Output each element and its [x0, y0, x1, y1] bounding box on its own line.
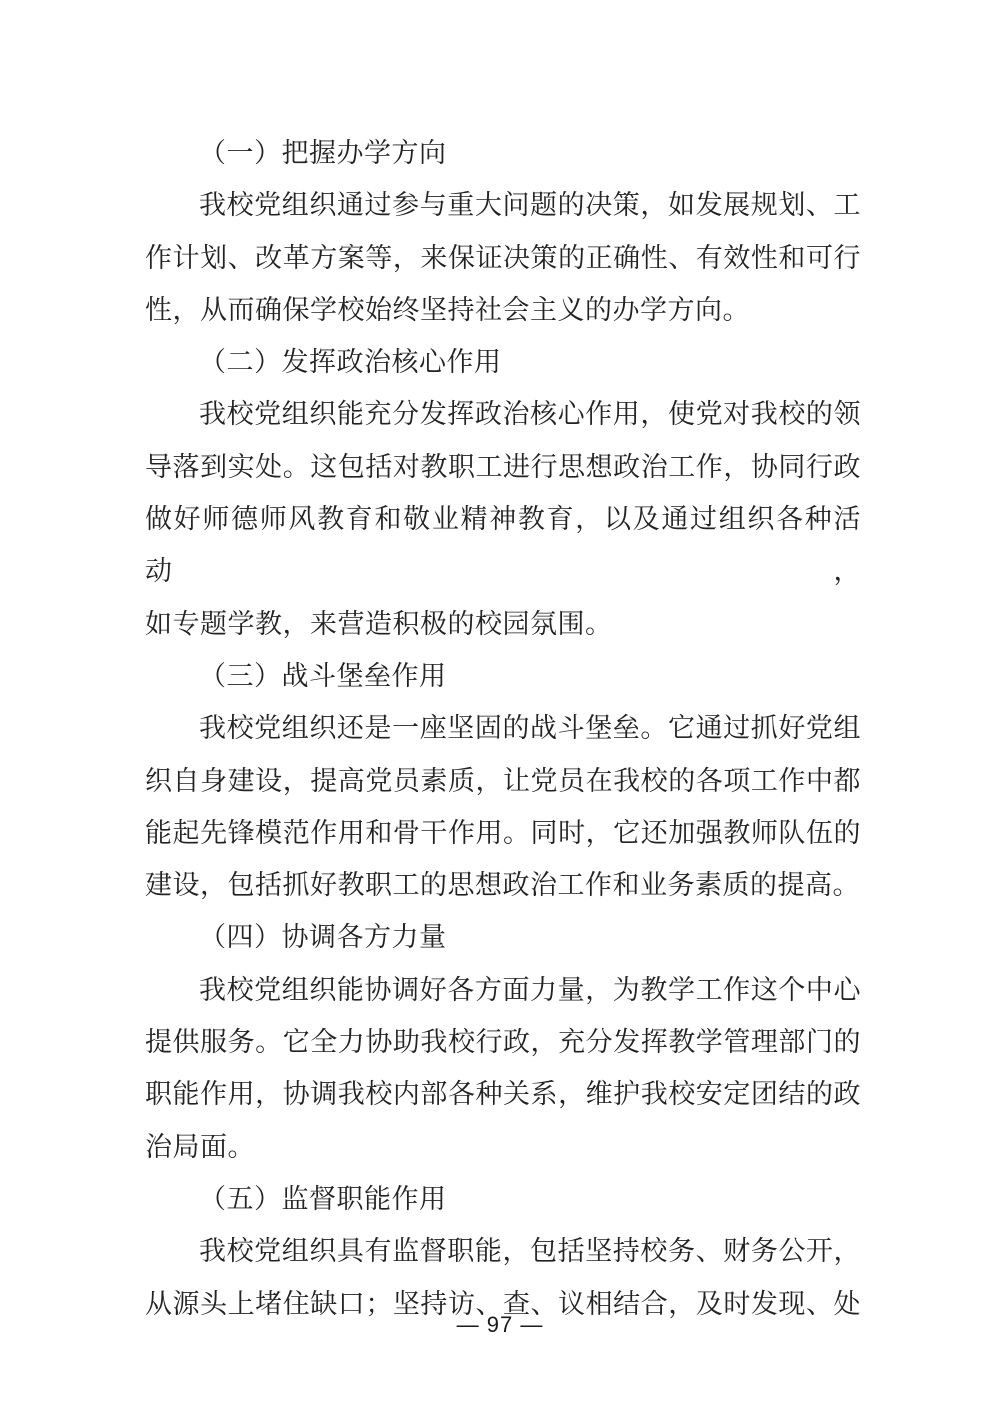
paragraph-line: 我校党组织能协调好各方面力量，为教学工作这个中心 [145, 964, 861, 1016]
section-heading-5: （五）监督职能作用 [145, 1173, 861, 1225]
paragraph-line: 我校党组织具有监督职能，包括坚持校务、财务公开， [145, 1225, 861, 1277]
page-number: — 97 — [0, 1310, 1000, 1340]
paragraph-line: 治局面。 [145, 1121, 861, 1173]
paragraph-line: 我校党组织通过参与重大问题的决策，如发展规划、工 [145, 179, 861, 231]
paragraph-line: 建设，包括抓好教职工的思想政治工作和业务素质的提高。 [145, 859, 861, 911]
section-heading-1: （一）把握办学方向 [145, 127, 861, 179]
document-body: （一）把握办学方向我校党组织通过参与重大问题的决策，如发展规划、工作计划、改革方… [145, 127, 861, 1330]
paragraph-line: 如专题学教，来营造积极的校园氛围。 [145, 598, 861, 650]
paragraph-line: 职能作用，协调我校内部各种关系，维护我校安定团结的政 [145, 1068, 861, 1120]
document-page: （一）把握办学方向我校党组织通过参与重大问题的决策，如发展规划、工作计划、改革方… [0, 0, 1000, 1414]
paragraph-line: 做好师德师风教育和敬业精神教育，以及通过组织各种活动， [145, 493, 861, 598]
paragraph-line: 我校党组织还是一座坚固的战斗堡垒。它通过抓好党组 [145, 702, 861, 754]
section-heading-2: （二）发挥政治核心作用 [145, 336, 861, 388]
paragraph-line: 我校党组织能充分发挥政治核心作用，使党对我校的领 [145, 388, 861, 440]
paragraph-line: 提供服务。它全力协助我校行政，充分发挥教学管理部门的 [145, 1016, 861, 1068]
paragraph-line: 导落到实处。这包括对教职工进行思想政治工作，协同行政 [145, 441, 861, 493]
paragraph-line: 织自身建设，提高党员素质，让党员在我校的各项工作中都 [145, 755, 861, 807]
section-heading-3: （三）战斗堡垒作用 [145, 650, 861, 702]
paragraph-line: 能起先锋模范作用和骨干作用。同时，它还加强教师队伍的 [145, 807, 861, 859]
section-heading-4: （四）协调各方力量 [145, 911, 861, 963]
paragraph-line: 性，从而确保学校始终坚持社会主义的办学方向。 [145, 284, 861, 336]
paragraph-line: 作计划、改革方案等，来保证决策的正确性、有效性和可行 [145, 232, 861, 284]
